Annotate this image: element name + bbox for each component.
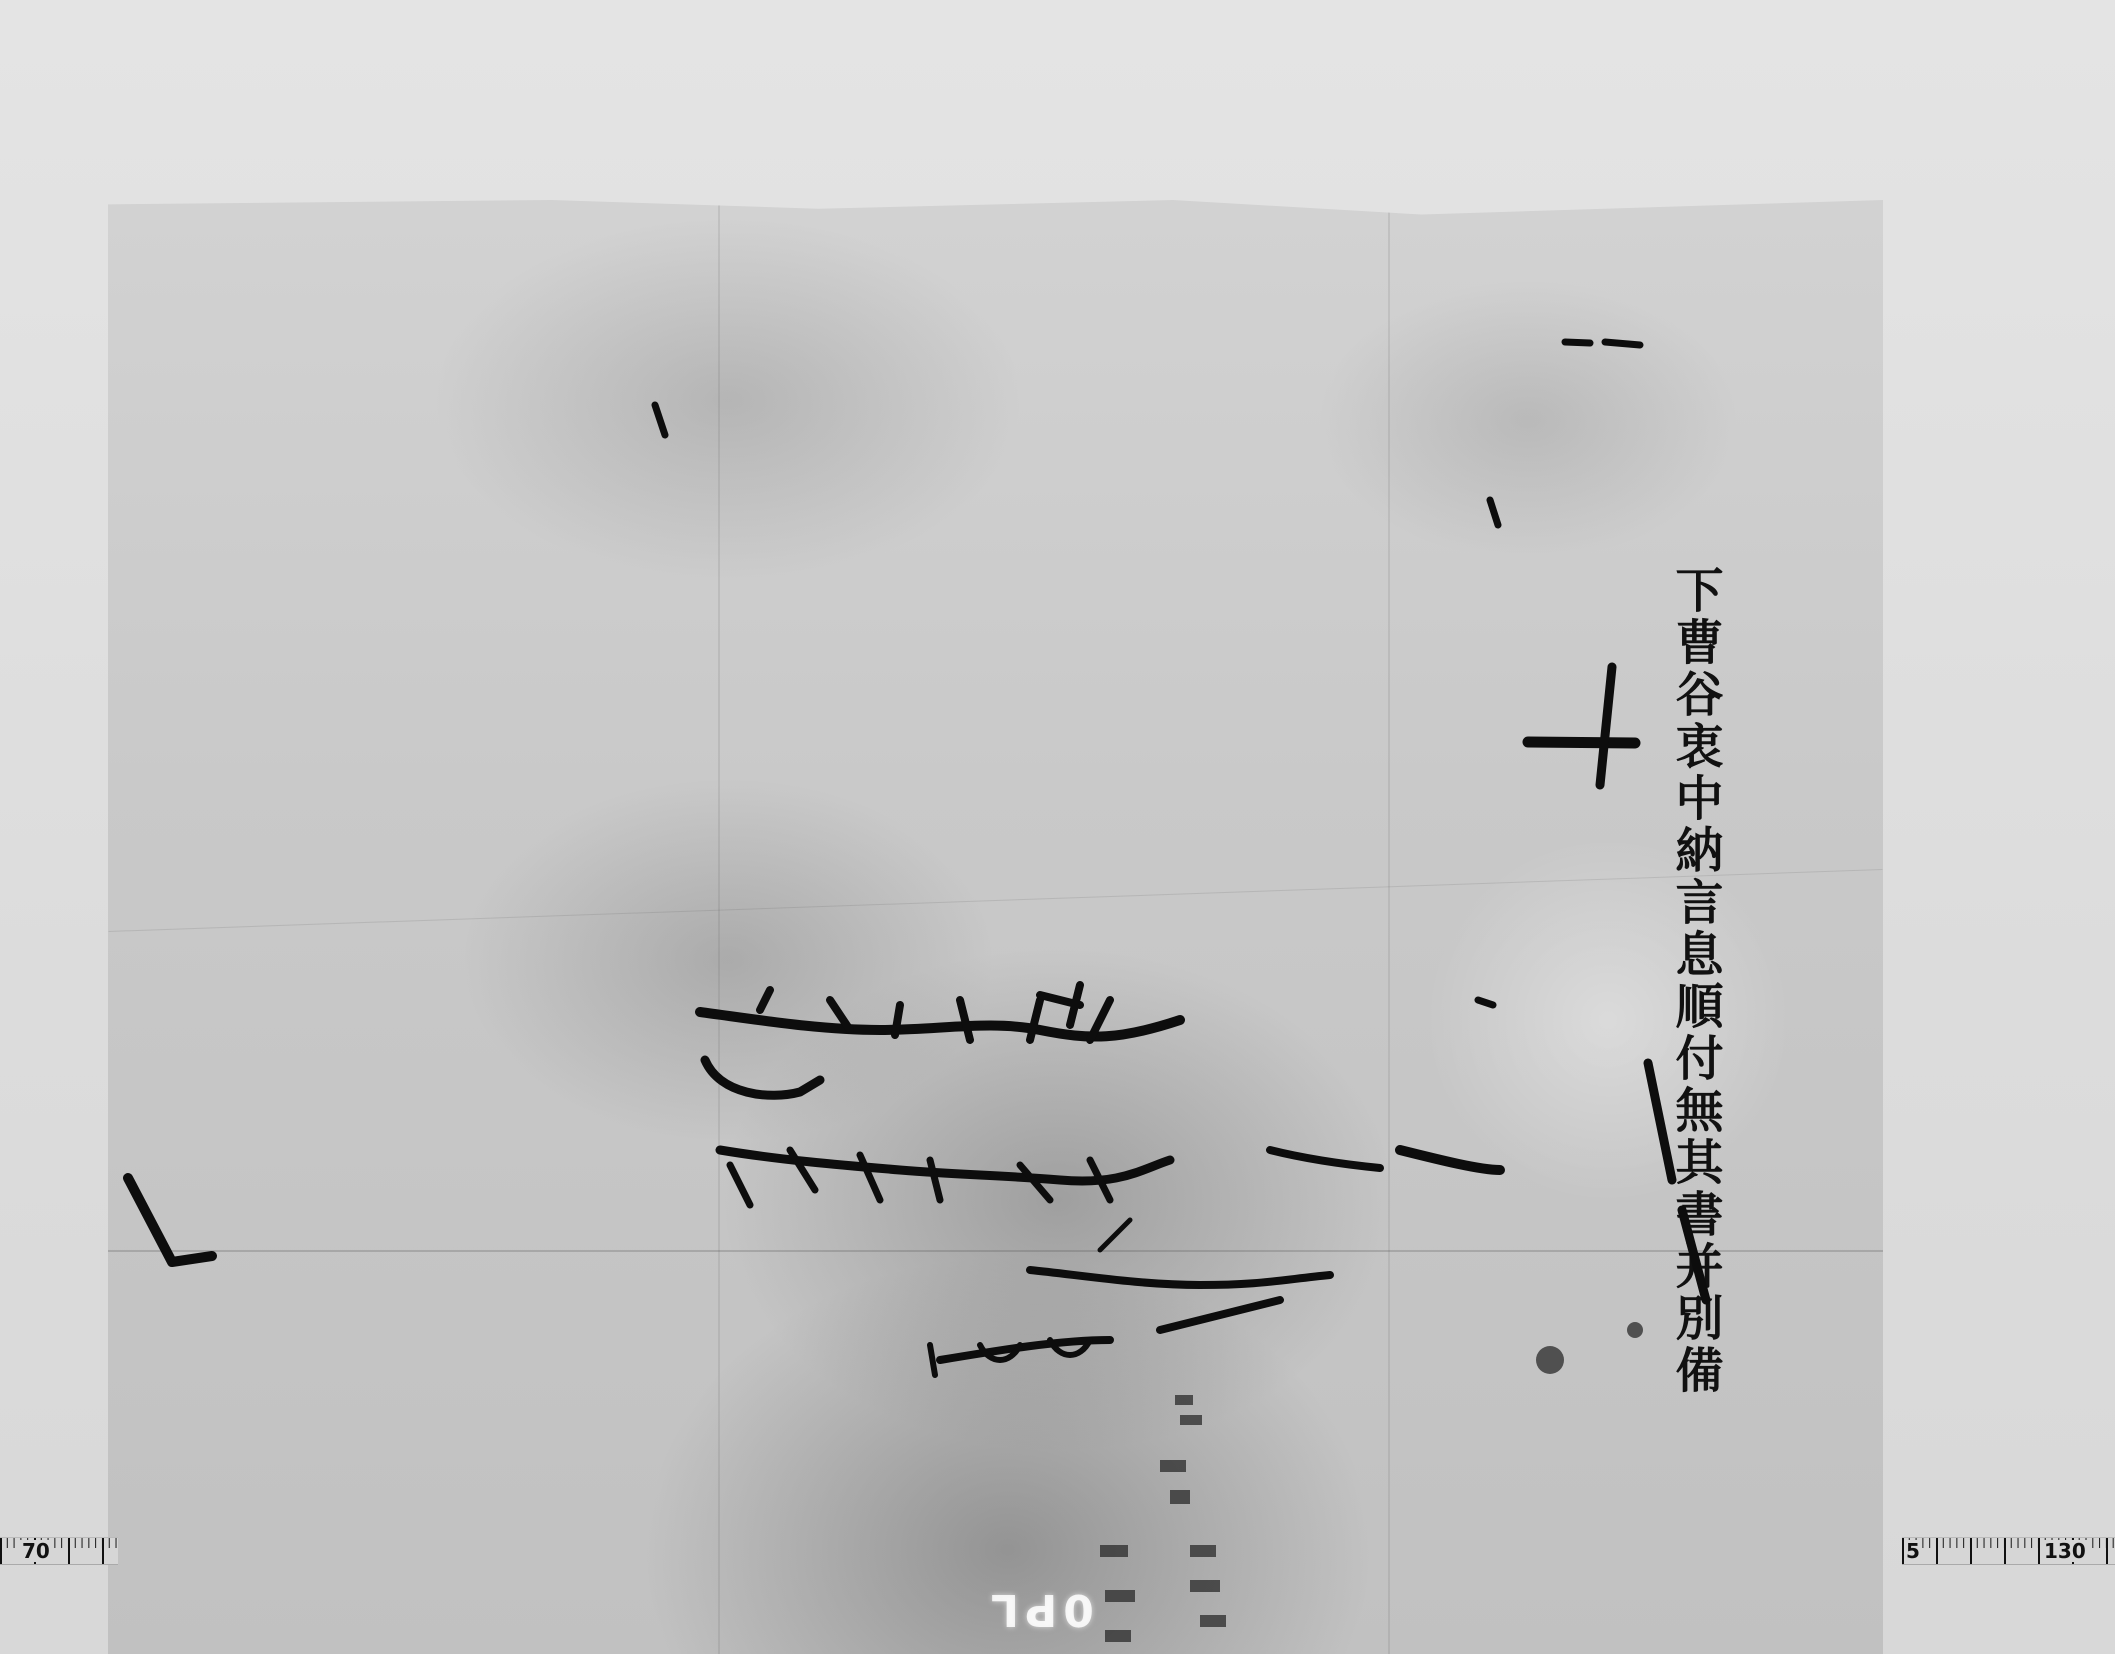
archive-stamp: 0PL <box>985 1584 1094 1635</box>
calligraphy-strokes <box>0 0 2115 1654</box>
ruler-ticks <box>0 1538 118 1564</box>
ruler-label: 5 <box>1904 1540 1922 1562</box>
ruler-label: 70 <box>20 1540 52 1562</box>
ruler-left: 70 <box>0 1537 118 1565</box>
ruler-label: 130 <box>2042 1540 2088 1562</box>
ruler-right: 5 130 <box>1902 1537 2115 1565</box>
